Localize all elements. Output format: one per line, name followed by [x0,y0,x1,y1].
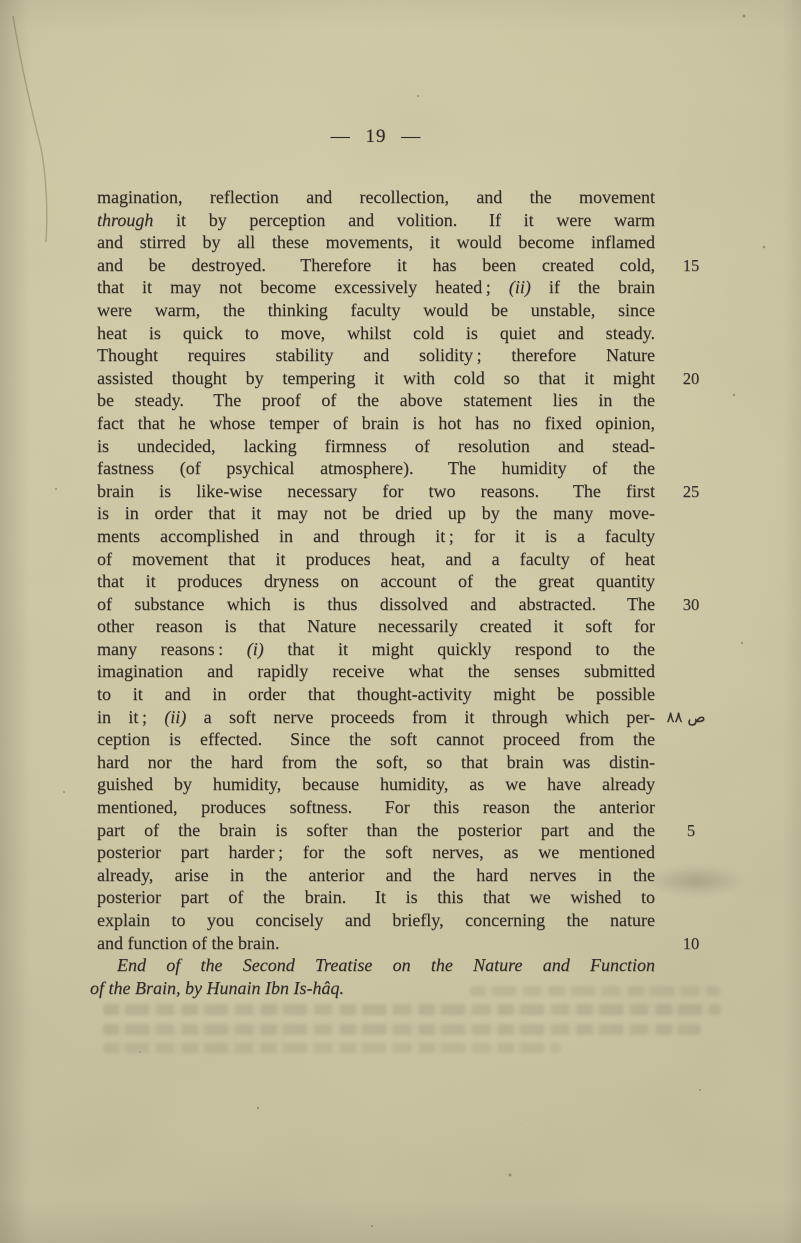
text-line: brain is like-wise necessary for two rea… [97,480,655,503]
margin-line-number: 15 [678,254,704,277]
text-line: that it may not become excessively heate… [97,276,655,299]
text-line: of substance which is thus dissolved and… [97,593,655,616]
text-line: is in order that it may not be dried up … [97,502,655,525]
text-line: is undecided, lacking firmness of resolu… [97,435,655,458]
text-line: posterior part of the brain. It is this … [97,886,655,909]
text-line: assisted thought by tempering it with co… [97,367,655,390]
text-line: and stirred by all these movements, it w… [97,231,655,254]
bleed-through-line [103,1043,561,1053]
text-line: ception is effected. Since the soft cann… [97,728,655,751]
margin-line-number: 30 [678,593,704,616]
margin-line-number: 20 [678,367,704,390]
margin-line-number: 5 [678,819,704,842]
text-line: explain to you concisely and briefly, co… [97,909,655,932]
text-line: heat is quick to move, whilst cold is qu… [97,322,655,345]
text-line: and function of the brain. [97,932,655,955]
text-line: be steady. The proof of the above statem… [97,389,655,412]
text-line: fact that he whose temper of brain is ho… [97,412,655,435]
text-line: ments accomplished in and through it ; f… [97,525,655,548]
text-line: already, arise in the anterior and the h… [97,864,655,887]
scanned-book-page: — 19 — magination, reflection and recoll… [0,0,801,1243]
text-line: part of the brain is softer than the pos… [97,819,655,842]
text-line: mentioned, produces softness. For this r… [97,796,655,819]
text-line: End of the Second Treatise on the Nature… [97,954,655,977]
text-line: hard nor the hard from the soft, so that… [97,751,655,774]
text-line: imagination and rapidly receive what the… [97,660,655,683]
text-line: posterior part harder ; for the soft ner… [97,841,655,864]
margin-line-number: 10 [678,932,704,955]
text-line: were warm, the thinking faculty would be… [97,299,655,322]
bleed-through-line [103,1024,701,1035]
page-number: — 19 — [97,126,655,150]
text-line: of movement that it produces heat, and a… [97,548,655,571]
text-line: to it and in order that thought-activity… [97,683,655,706]
stain-mark [648,866,744,896]
text-line: Thought requires stability and solidity … [97,344,655,367]
margin-notes: 15202530ص ٨٨510 [678,186,758,1026]
text-line: many reasons : (i) that it might quickly… [97,638,655,661]
bleed-through-line [470,986,720,996]
body-text: magination, reflection and recollection,… [97,186,655,999]
text-line: in it ; (ii) a soft nerve proceeds from … [97,706,655,729]
text-line: fastness (of psychical atmosphere). The … [97,457,655,480]
text-line: guished by humidity, because humidity, a… [97,773,655,796]
crease-mark [13,16,47,242]
bleed-through-line [103,1004,721,1015]
text-line: that it produces dryness on account of t… [97,570,655,593]
text-line: other reason is that Nature necessarily … [97,615,655,638]
text-line: and be destroyed. Therefore it has been … [97,254,655,277]
text-line: magination, reflection and recollection,… [97,186,655,209]
text-line: through it by perception and volition. I… [97,209,655,232]
margin-folio-note: ص ٨٨ [656,706,716,729]
margin-line-number: 25 [678,480,704,503]
